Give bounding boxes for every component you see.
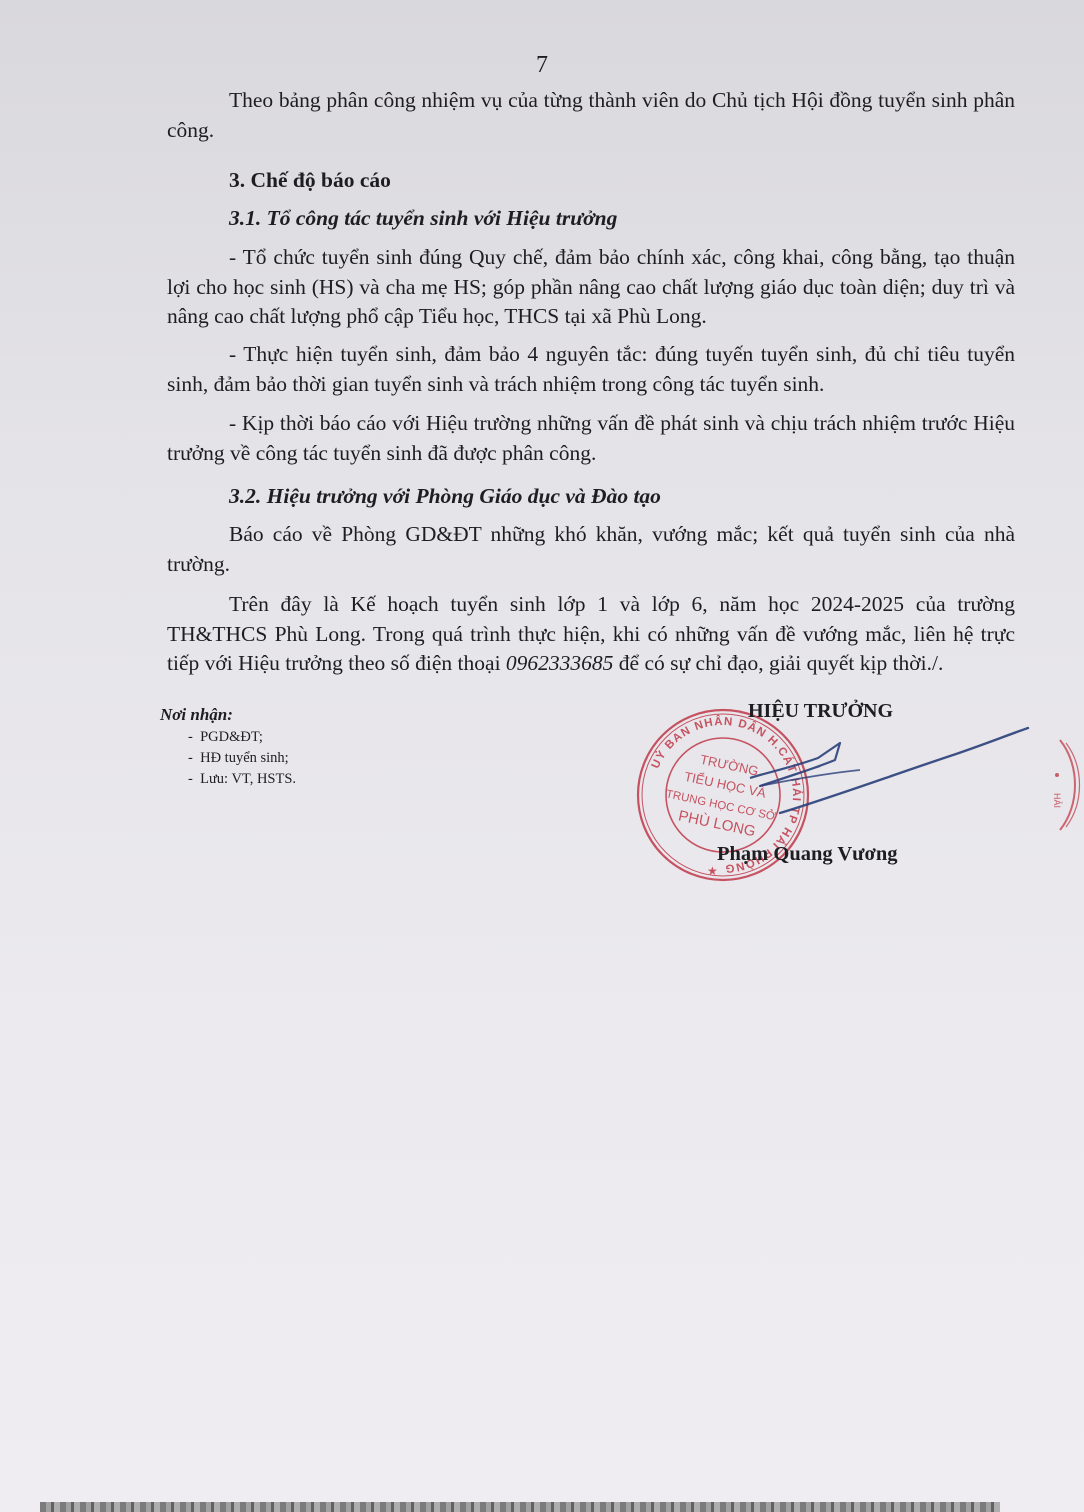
document-page: 7 Theo bảng phân công nhiệm vụ của từng …: [0, 0, 1084, 1500]
svg-text:HẢI: HẢI: [1052, 793, 1063, 808]
partial-stamp-icon: HẢI: [1040, 735, 1084, 835]
section-3-1-heading: 3.1. Tổ công tác tuyển sinh với Hiệu trư…: [229, 206, 617, 231]
recipients-block: Nơi nhận: PGD&ĐT; HĐ tuyển sinh; Lưu: VT…: [160, 705, 296, 790]
section-3-heading: 3. Chế độ báo cáo: [229, 168, 391, 193]
handwritten-signature-icon: [690, 718, 1030, 828]
recipients-title: Nơi nhận:: [160, 705, 296, 725]
recipient-item: Lưu: VT, HSTS.: [188, 769, 296, 790]
section-3-1-item-3: - Kịp thời báo cáo với Hiệu trường những…: [167, 409, 1015, 468]
scan-bottom-edge: [40, 1502, 1000, 1512]
recipient-item: HĐ tuyển sinh;: [188, 748, 296, 769]
recipients-list: PGD&ĐT; HĐ tuyển sinh; Lưu: VT, HSTS.: [160, 727, 296, 790]
section-3-1-item-1: - Tổ chức tuyển sinh đúng Quy chế, đảm b…: [167, 243, 1015, 332]
section-3-2-text: Báo cáo về Phòng GD&ĐT những khó khăn, v…: [167, 520, 1015, 579]
svg-text:★: ★: [707, 864, 718, 878]
phone-number: 0962333685: [506, 651, 614, 675]
closing-paragraph: Trên đây là Kế hoạch tuyển sinh lớp 1 và…: [167, 590, 1015, 679]
intro-paragraph: Theo bảng phân công nhiệm vụ của từng th…: [167, 86, 1015, 145]
section-3-1-item-2: - Thực hiện tuyển sinh, đảm bảo 4 nguyên…: [167, 340, 1015, 399]
page-number: 7: [0, 52, 1084, 79]
closing-text-2: để có sự chỉ đạo, giải quyết kịp thời./.: [613, 651, 943, 675]
section-3-2-heading: 3.2. Hiệu trưởng với Phòng Giáo dục và Đ…: [229, 484, 661, 509]
recipient-item: PGD&ĐT;: [188, 727, 296, 748]
signer-name: Phạm Quang Vương: [717, 843, 898, 866]
